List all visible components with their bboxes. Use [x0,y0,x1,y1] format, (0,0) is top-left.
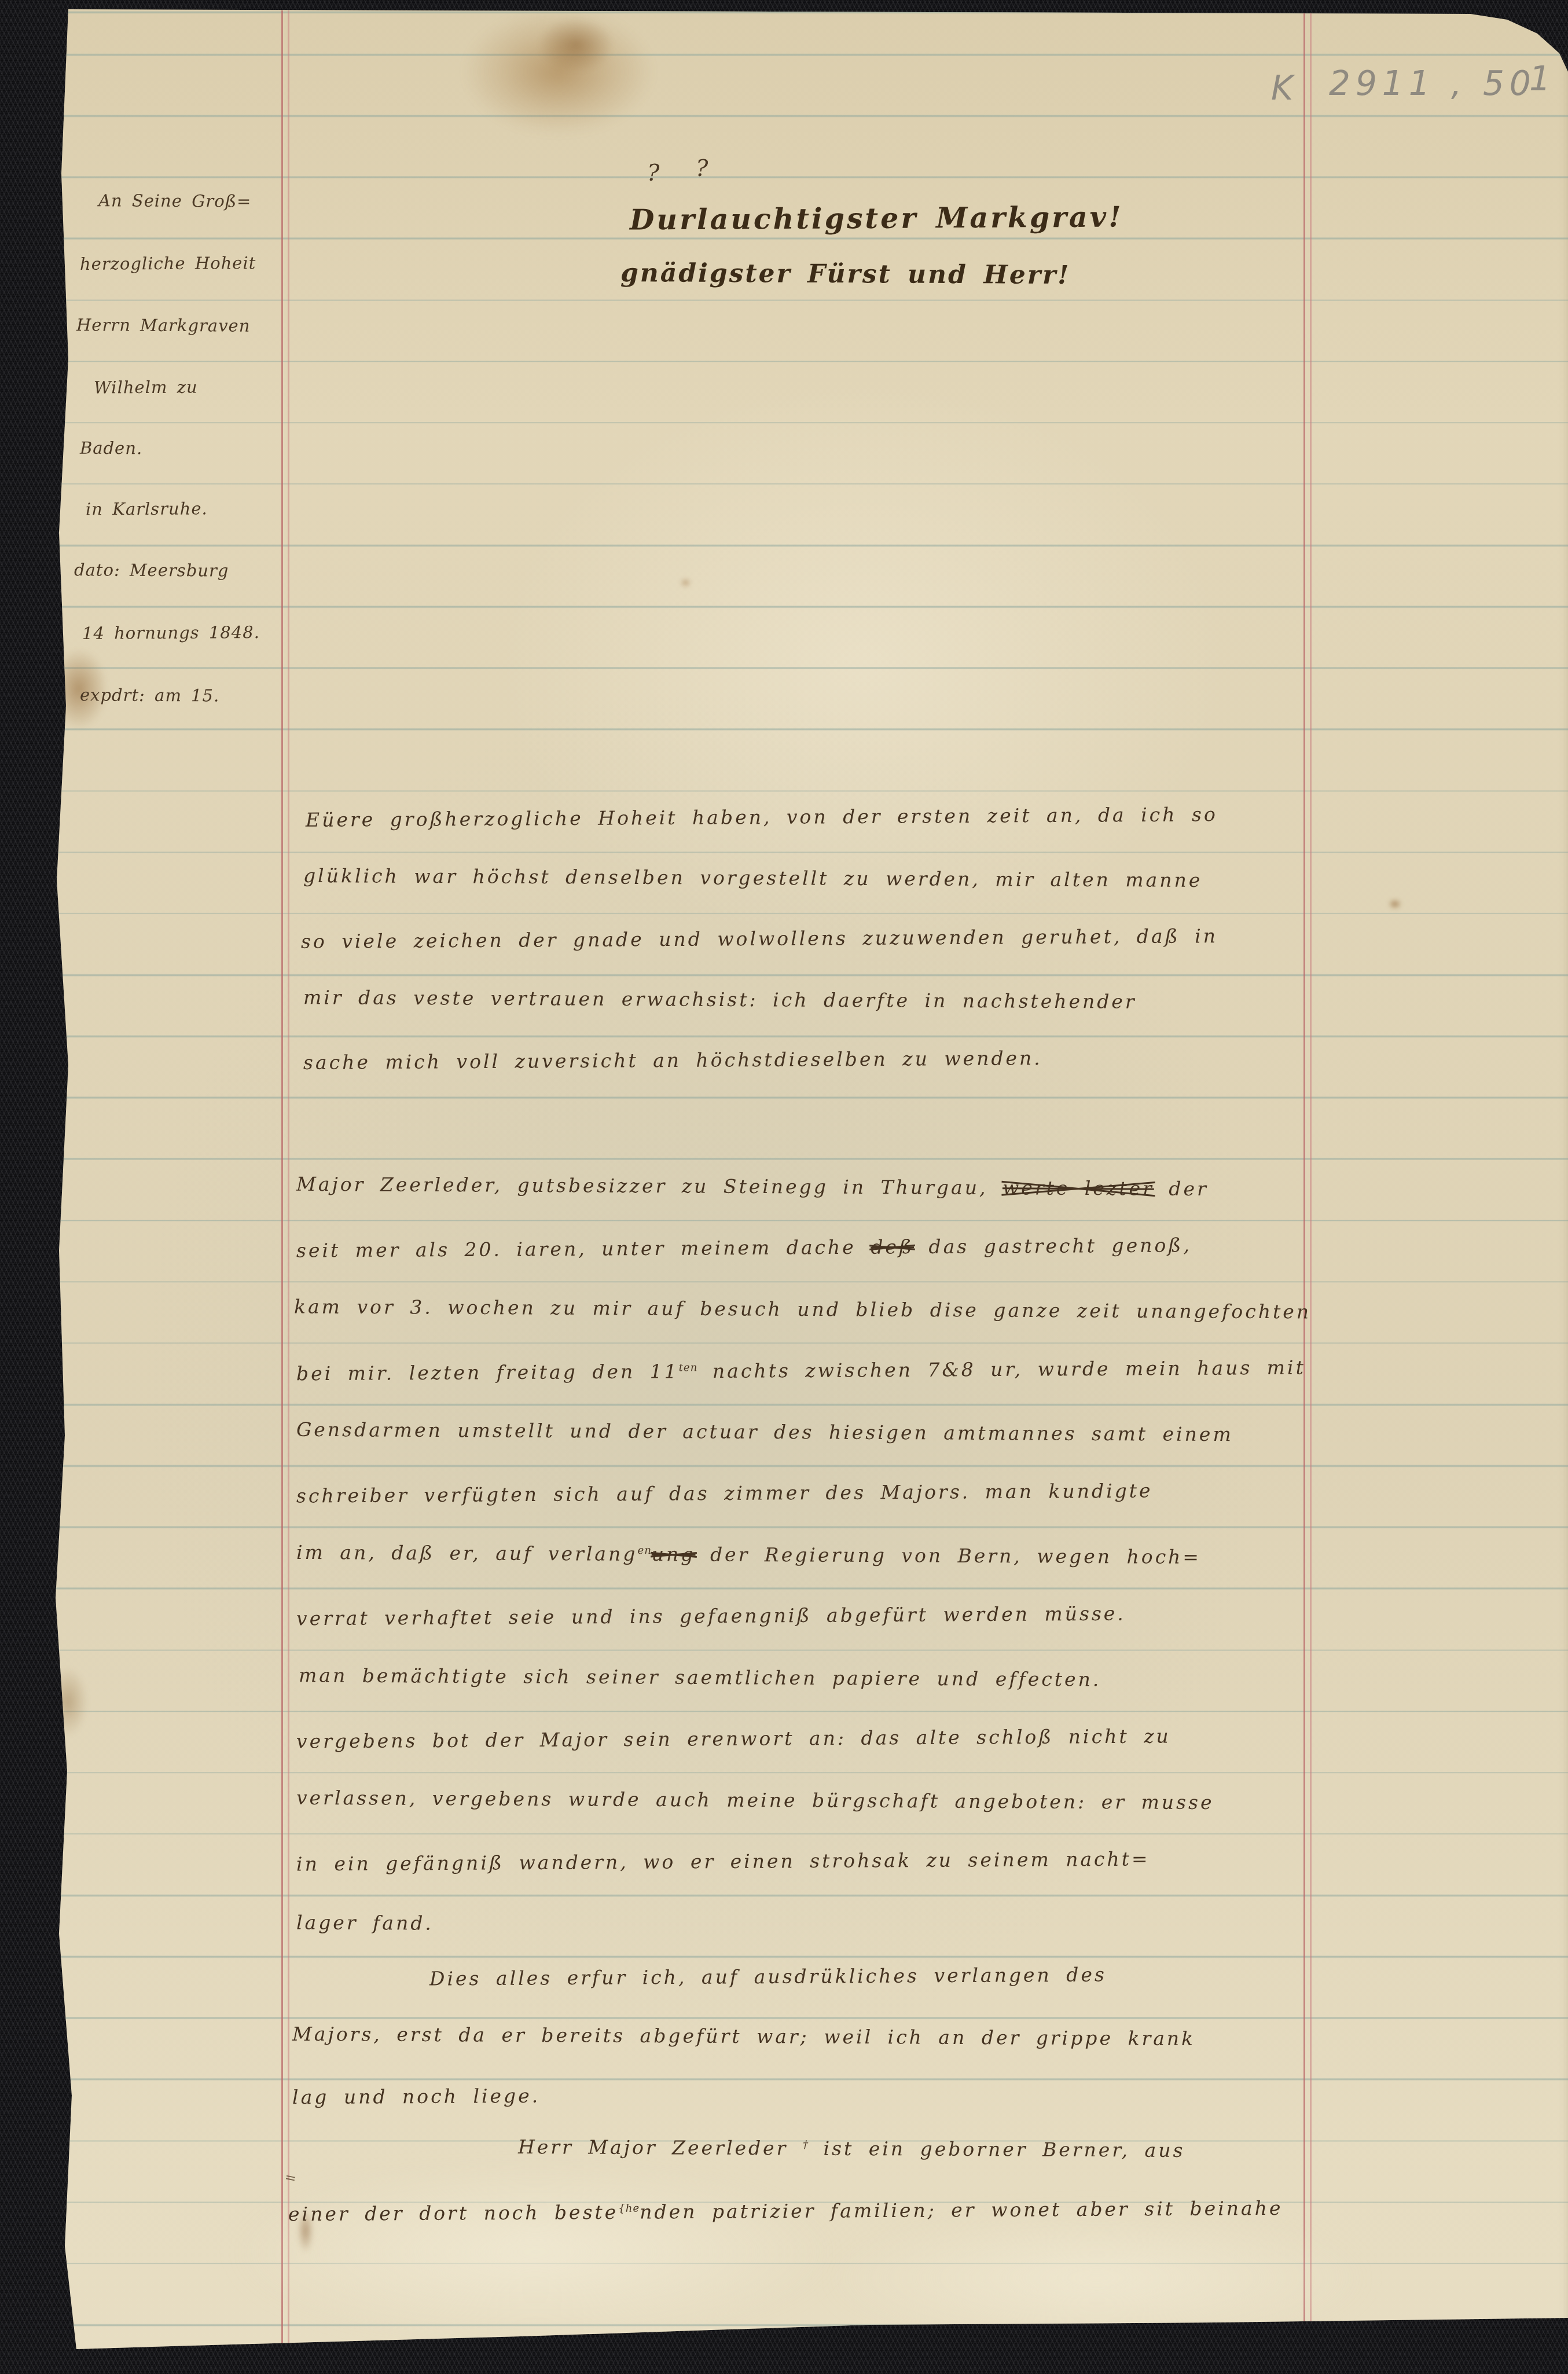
archival-mark-prefix: K [1271,68,1298,108]
margin-note-line: An Seine Groß= [98,190,252,211]
body-line: mir das veste vertrauen erwachsist: ich … [303,986,1137,1013]
body-text: nden patrizier familien; er wonet aber s… [640,2197,1283,2223]
salutation-line-1: Durlauchtigster Markgrav! [630,200,1123,236]
crossed-out-text: werte lezter [1003,1176,1154,1199]
superscript-text: ten [679,1362,698,1374]
foxing-dot [682,580,689,585]
body-text: Major Zeerleder, gutsbesizzer zu Steineg… [296,1173,1003,1199]
archival-mark-page: 1 [1529,59,1556,98]
left-margin-line-outer [281,10,283,2348]
body-line: im an, daß er, auf verlangenung der Regi… [296,1541,1201,1568]
stain-top-core [538,17,614,72]
body-text: bei mir. lezten freitag den 11 [296,1360,679,1385]
body-line: lager fand. [296,1911,434,1934]
margin-note-line: Wilhelm zu [94,377,198,397]
body-line: man bemächtigte sich seiner saemtlichen … [299,1664,1101,1690]
body-text: seit mer als 20. iaren, unter meinem dac… [296,1236,871,1262]
margin-note-line: herzogliche Hoheit [80,253,256,274]
body-line: Majors, erst da er bereits abgefürt war;… [292,2023,1195,2050]
body-line: verlassen, vergebens wurde auch meine bü… [296,1786,1214,1814]
body-line: sache mich voll zuversicht an höchstdies… [303,1047,1042,1074]
body-line: Major Zeerleder, gutsbesizzer zu Steineg… [296,1173,1209,1200]
margin-note-line: Herrn Markgraven [76,315,251,336]
margin-note-line: dato: Meersburg [74,560,229,580]
heading-query-mark-left: ? [647,160,659,186]
margin-note-line: expdrt: am 15. [80,685,219,705]
salutation-line-2: gnädigster Fürst und Herr! [620,258,1071,290]
foxing-dot [1390,901,1400,907]
right-margin-line-outer [1303,10,1305,2348]
margin-note-line: 14 hornungs 1848. [82,622,260,643]
crossed-out-text: ung [652,1543,696,1565]
body-line: lag und noch liege. [292,2085,540,2109]
dagger-insertion-mark: † [803,2139,809,2151]
superscript-insertion: en [637,1544,652,1557]
left-margin-line-inner [288,10,289,2348]
archival-mark-number: 2911 , 50 [1329,64,1536,103]
margin-note-line: in Karlsruhe. [86,498,208,519]
body-text: im an, daß er, auf verlang [296,1541,638,1565]
crossed-out-text: deß [871,1235,914,1258]
manuscript-page: K 2911 , 50 1 ? ? Durlauchtigster Markgr… [0,0,1568,2374]
body-line: glüklich war höchst denselben vorgestell… [303,864,1202,891]
body-text: ist ein geborner Berner, aus [809,2137,1185,2162]
body-text: der [1154,1177,1209,1200]
body-line: Dies alles erfur ich, auf ausdrükliches … [429,1963,1107,1990]
margin-note-line: Baden. [80,438,142,458]
heading-query-mark-right: ? [696,155,708,182]
right-margin-line-inner [1310,10,1312,2348]
light-patch-bottom-left [232,2165,839,2339]
body-text: Herr Major Zeerleder [518,2136,803,2160]
body-line: Herr Major Zeerleder † ist ein geborner … [518,2136,1185,2162]
body-text: einer der dort noch beste [288,2201,619,2225]
body-text: das gastrecht genoß, [914,1234,1192,1258]
body-text: der Regierung von Bern, wegen hoch= [695,1543,1201,1569]
body-text: nachts zwischen 7&8 ur, wurde mein haus … [697,1356,1306,1382]
superscript-insertion: {he [618,2203,640,2215]
